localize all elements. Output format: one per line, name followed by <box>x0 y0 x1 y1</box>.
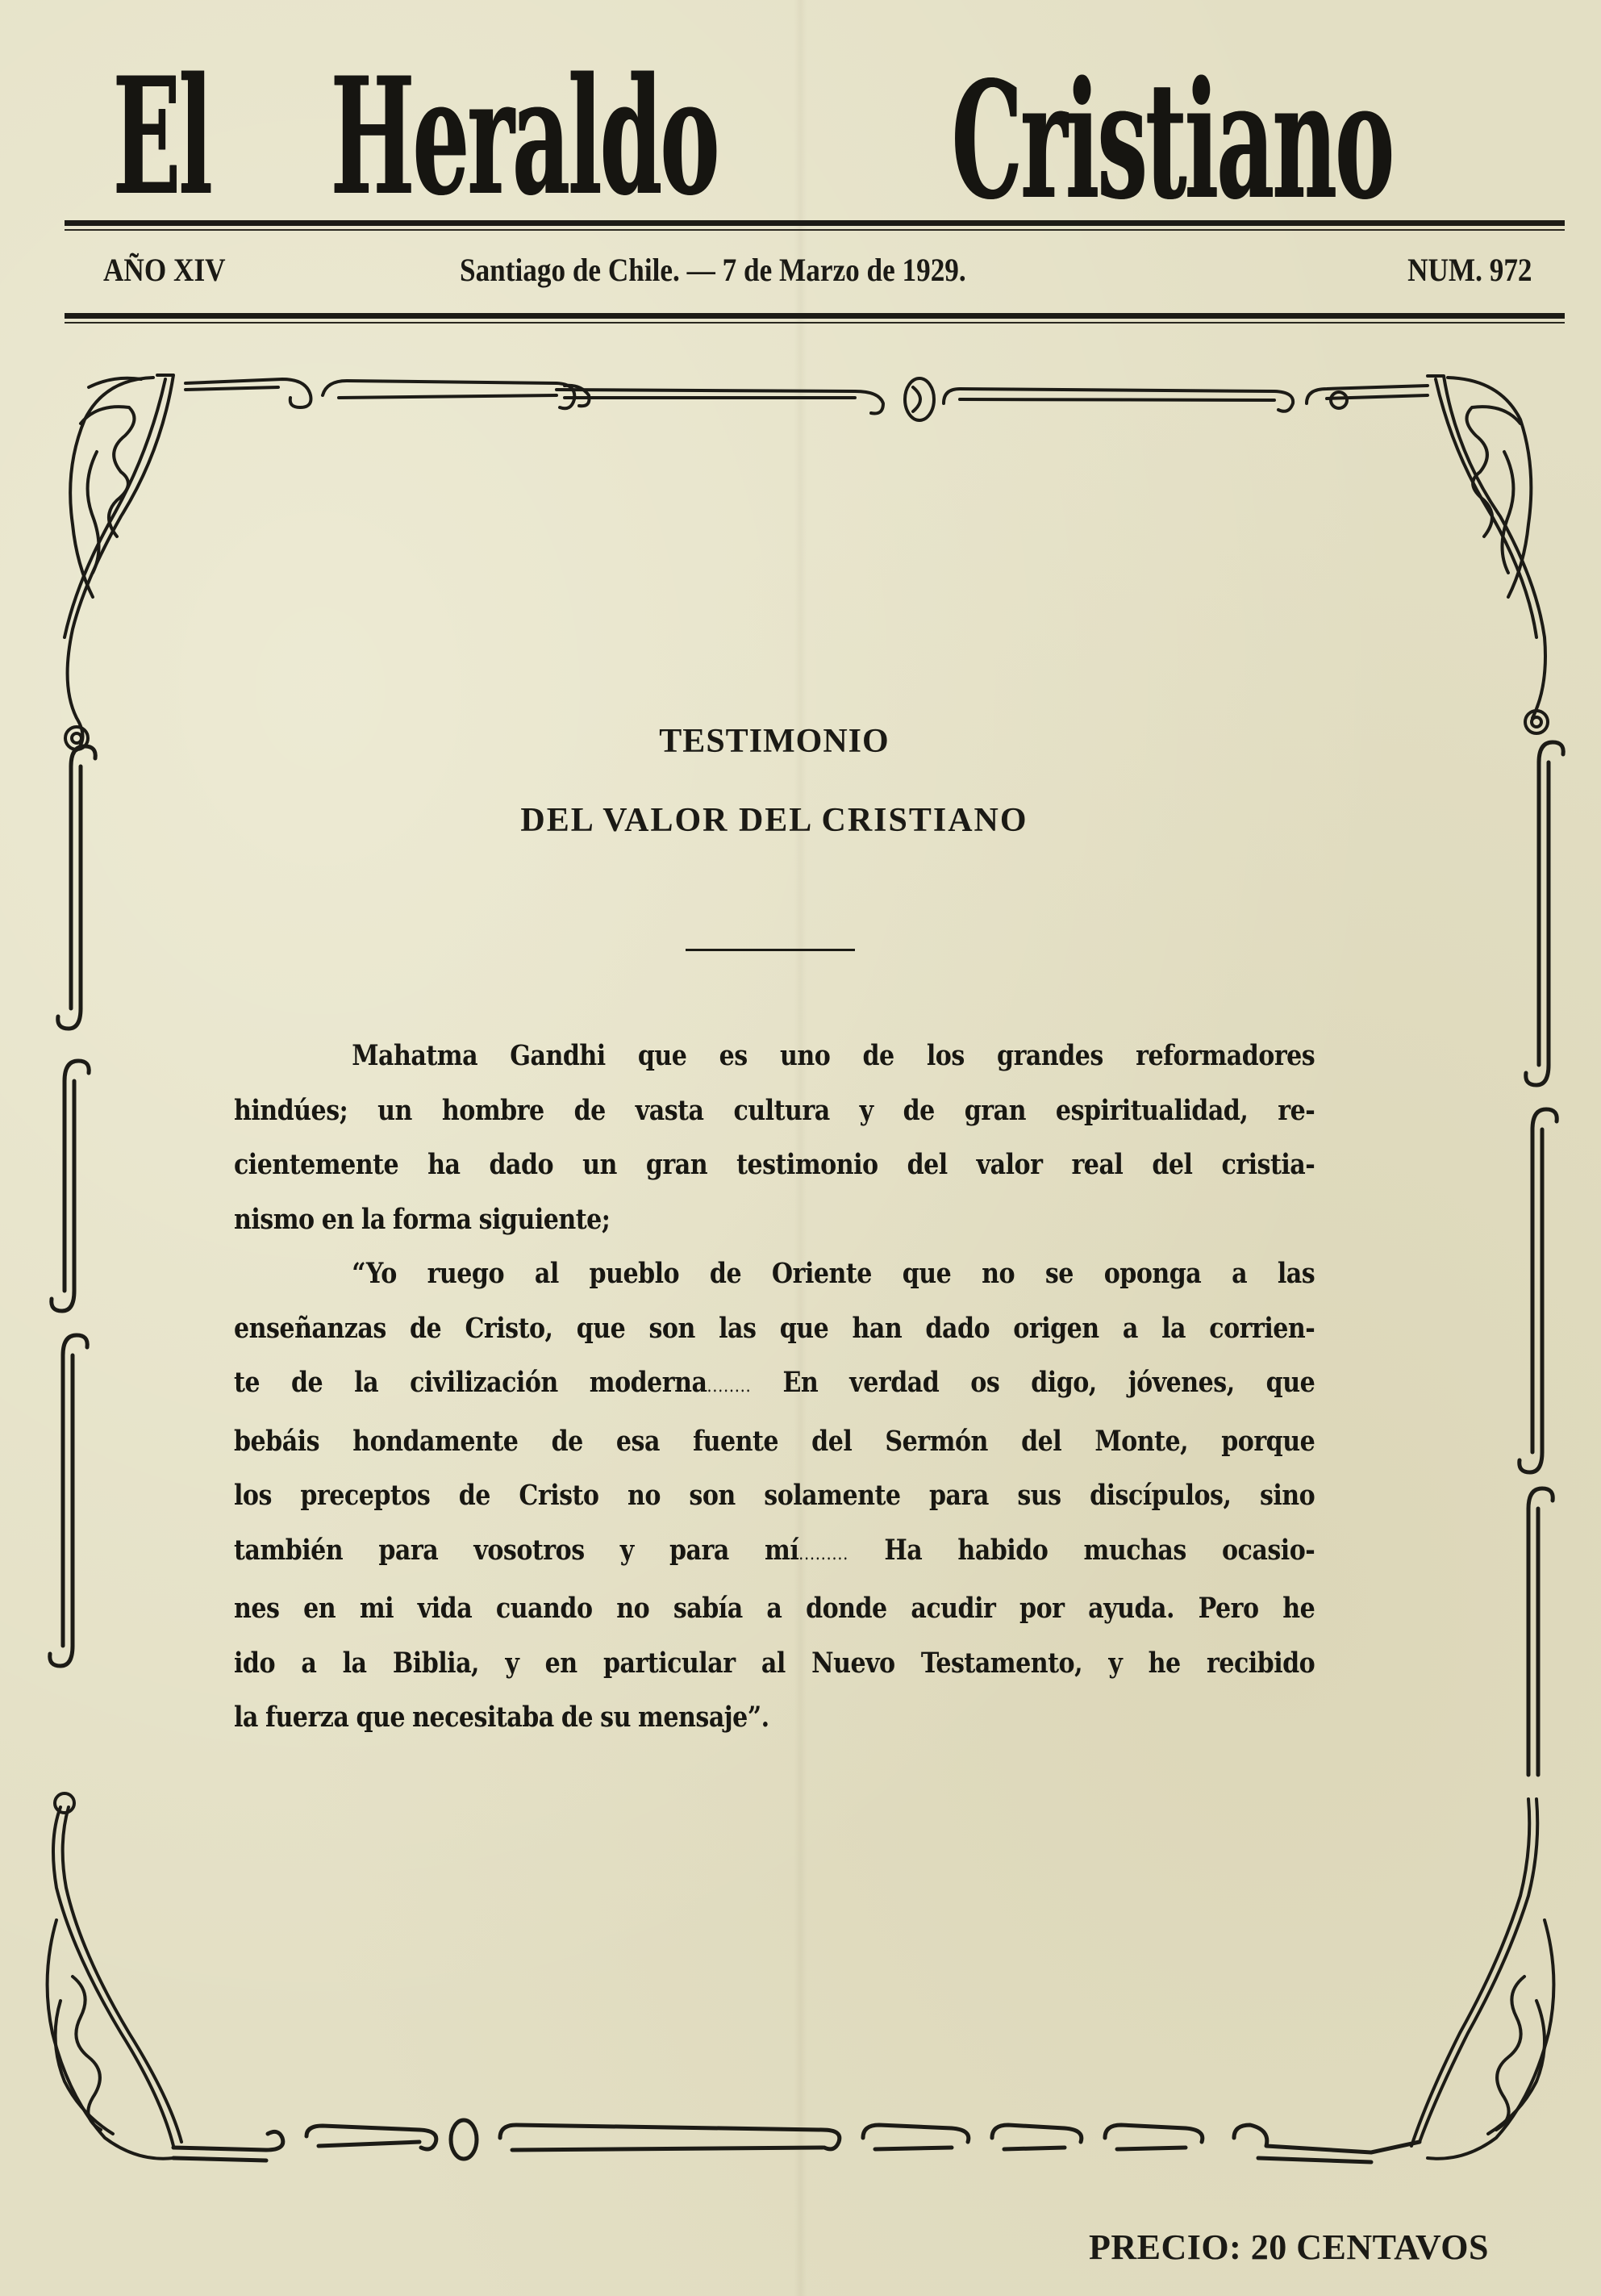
body-line: te de la civilización moderna........ En… <box>234 1355 1315 1414</box>
corner-top-right-icon <box>1428 376 1548 733</box>
corner-bottom-left-icon <box>48 1793 181 2159</box>
title-word-el: El <box>113 56 211 218</box>
body-line: bebáis hondamente de esa fuente del Serm… <box>234 1414 1315 1469</box>
article-subheadline: DEL VALOR DEL CRISTIANO <box>234 801 1315 840</box>
headline-divider <box>686 949 855 951</box>
body-line: ido a la Biblia, y en particular al Nuev… <box>234 1636 1315 1691</box>
body-line-text: Ha habido muchas ocasio- <box>848 1534 1315 1567</box>
body-line: cientemente ha dado un gran testimonio d… <box>234 1138 1315 1192</box>
title-word-cristiano: Cristiano <box>952 61 1393 222</box>
masthead: El Heraldo Cristiano <box>65 24 1573 210</box>
title-word-heraldo: Heraldo <box>331 56 718 218</box>
ellipsis-leader: ........ <box>707 1376 752 1396</box>
article-headline: TESTIMONIO <box>234 722 1315 761</box>
ellipsis-leader: ......... <box>798 1544 848 1564</box>
body-line: también para vosotros y para mí.........… <box>234 1523 1315 1582</box>
body-line: Mahatma Gandhi que es uno de los grandes… <box>234 1029 1315 1083</box>
body-line: enseñanzas de Cristo, que son las que ha… <box>234 1301 1315 1356</box>
top-border-icon <box>186 378 1428 420</box>
masthead-rule-bottom <box>65 313 1565 324</box>
body-line-text: también para vosotros y para mí <box>234 1534 798 1567</box>
bottom-border-icon <box>173 2120 1420 2162</box>
body-line: los preceptos de Cristo no son solamente… <box>234 1468 1315 1523</box>
volume-year: AÑO XIV <box>103 246 226 294</box>
right-border-icon <box>1520 742 1563 1775</box>
issue-number: NUM. 972 <box>1408 246 1532 294</box>
body-line: nismo en la forma siguiente; <box>234 1192 1315 1247</box>
corner-bottom-right-icon <box>1411 1799 1553 2159</box>
place-and-date: Santiago de Chile. — 7 de Marzo de 1929. <box>460 246 966 294</box>
body-line: la fuerza que necesitaba de su mensaje”. <box>234 1690 1315 1745</box>
article-body: Mahatma Gandhi que es uno de los grandes… <box>234 1029 1315 1745</box>
newspaper-title: El Heraldo Cristiano <box>65 24 1573 210</box>
body-line: nes en mi vida cuando no sabía a donde a… <box>234 1581 1315 1636</box>
body-line: “Yo ruego al pueblo de Oriente que no se… <box>234 1246 1315 1301</box>
price-label: PRECIO: 20 CENTAVOS <box>1089 2227 1489 2268</box>
body-line: hindúes; un hombre de vasta cultura y de… <box>234 1083 1315 1138</box>
corner-top-left-icon <box>65 375 173 750</box>
masthead-rule-top <box>65 220 1565 231</box>
left-border-icon <box>50 746 95 1666</box>
body-line-text: te de la civilización moderna <box>234 1366 707 1399</box>
body-line-text: En verdad os digo, jóvenes, que <box>752 1366 1315 1399</box>
dateline: AÑO XIV Santiago de Chile. — 7 de Marzo … <box>65 246 1565 294</box>
